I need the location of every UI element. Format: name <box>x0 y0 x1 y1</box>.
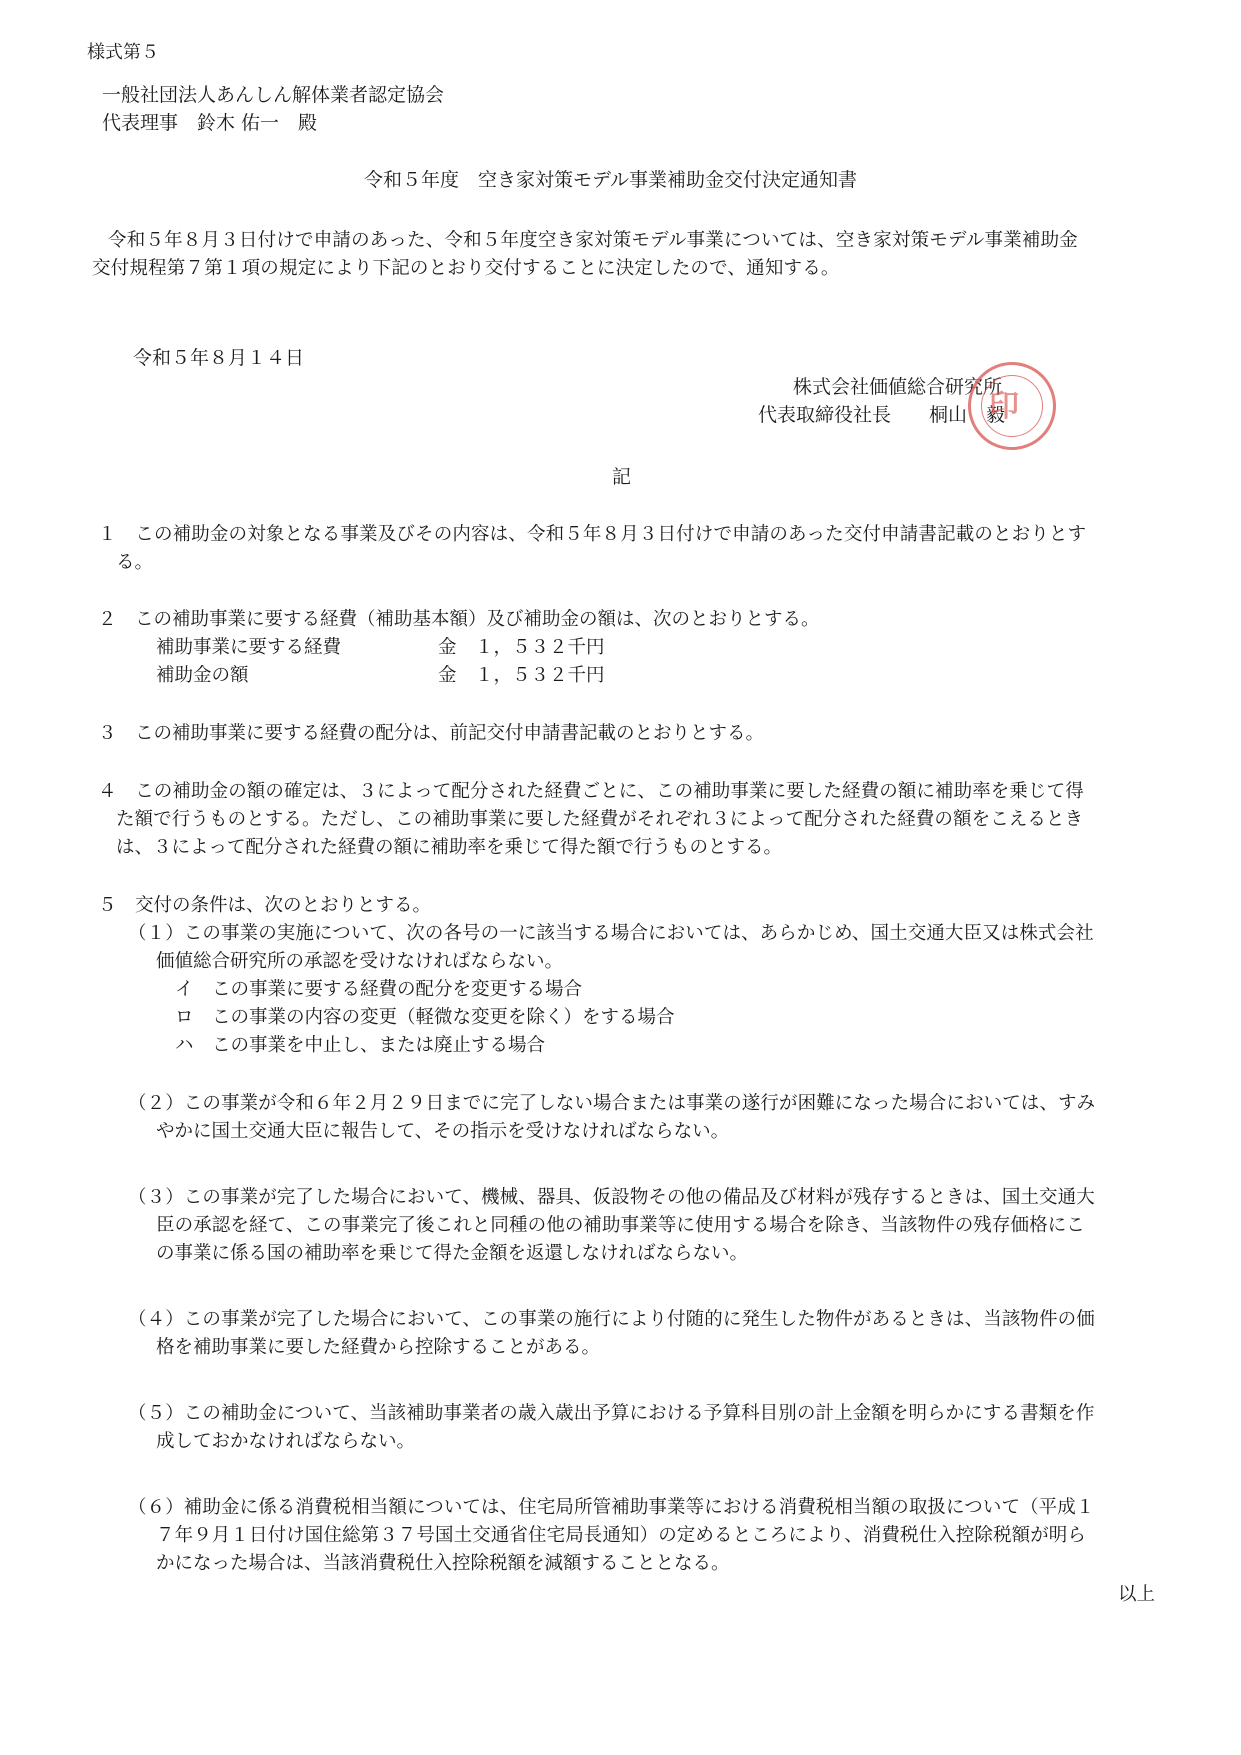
ki-heading: 記 <box>612 462 631 489</box>
condition6-line-2: ７年９月１日付け国住総第３７号国土交通省住宅局長通知）の定めるところにより、消費… <box>156 1521 1086 1547</box>
condition6-line-3: かになった場合は、当該消費税仕入控除税額を減額することとなる。 <box>156 1549 730 1575</box>
item1-line-2: る。 <box>116 548 153 574</box>
condition3-line-1: （３）この事業が完了した場合において、機械、器具、仮設物その他の備品及び材料が残… <box>128 1183 1095 1209</box>
item4-line-3: は、３によって配分された経費の額に補助率を乗じて得た額で行うものとする。 <box>116 833 782 859</box>
recipient-organization: 一般社団法人あんしん解体業者認定協会 <box>102 80 444 107</box>
company-seal-stamp: 印 <box>968 362 1056 450</box>
issue-date: 令和５年８月１４日 <box>133 343 304 370</box>
condition3-line-3: の事業に係る国の補助率を乗じて得た金額を返還しなければならない。 <box>156 1239 748 1265</box>
condition1-sub-ha: ハ この事業を中止し、または廃止する場合 <box>175 1031 545 1057</box>
condition2-line-1: （２）この事業が令和６年２月２９日までに完了しない場合または事業の遂行が困難にな… <box>128 1089 1095 1115</box>
form-number: 様式第５ <box>87 38 159 64</box>
intro-line-1: 令和５年８月３日付けで申請のあった、令和５年度空き家対策モデル事業については、空… <box>108 226 1078 252</box>
recipient-name: 代表理事 鈴木 佑一 殿 <box>102 108 317 135</box>
condition4-line-2: 格を補助事業に要した経費から控除することがある。 <box>156 1333 600 1359</box>
condition5-line-2: 成しておかなければならない。 <box>156 1427 415 1453</box>
condition5-line-1: （５）この補助金について、当該補助事業者の歳入歳出予算における予算科目別の計上金… <box>128 1399 1094 1425</box>
condition1-line-1: （１）この事業の実施について、次の各号の一に該当する場合においては、あらかじめ、… <box>128 919 1094 945</box>
closing-ijou: 以上 <box>1118 1580 1155 1606</box>
item4-line-2: た額で行うものとする。ただし、この補助事業に要した経費がそれぞれ３によって配分さ… <box>116 805 1083 831</box>
condition1-sub-i: イ この事業に要する経費の配分を変更する場合 <box>175 975 582 1001</box>
item3-line-1: ３ この補助事業に要する経費の配分は、前記交付申請書記載のとおりとする。 <box>98 719 764 745</box>
intro-line-2: 交付規程第７第１項の規定により下記のとおり交付することに決定したので、通知する。 <box>92 254 840 280</box>
condition3-line-2: 臣の承認を経て、この事業完了後これと同種の他の補助事業等に使用する場合を除き、当… <box>156 1211 1085 1237</box>
seal-mark: 印 <box>989 381 1019 425</box>
condition1-line-2: 価値総合研究所の承認を受けなければならない。 <box>156 947 563 973</box>
item2-cost-value: 金 １，５３２千円 <box>438 633 605 659</box>
condition1-sub-ro: ロ この事業の内容の変更（軽微な変更を除く）をする場合 <box>175 1003 675 1029</box>
condition2-line-2: やかに国土交通大臣に報告して、その指示を受けなければならない。 <box>156 1117 729 1143</box>
item5-line-1: ５ 交付の条件は、次のとおりとする。 <box>98 891 431 917</box>
document-title: 令和５年度 空き家対策モデル事業補助金交付決定通知書 <box>364 165 857 192</box>
item2-line-1: ２ この補助事業に要する経費（補助基本額）及び補助金の額は、次のとおりとする。 <box>98 605 820 631</box>
item2-grant-value: 金 １，５３２千円 <box>438 661 605 687</box>
condition4-line-1: （４）この事業が完了した場合において、この事業の施行により付随的に発生した物件が… <box>128 1305 1095 1331</box>
item1-line-1: １ この補助金の対象となる事業及びその内容は、令和５年８月３日付けで申請のあった… <box>98 520 1086 546</box>
condition6-line-1: （６）補助金に係る消費税相当額については、住宅局所管補助事業等における消費税相当… <box>128 1493 1094 1519</box>
item2-cost-label: 補助事業に要する経費 <box>156 633 341 659</box>
item4-line-1: ４ この補助金の額の確定は、３によって配分された経費ごとに、この補助事業に要した… <box>98 777 1084 803</box>
item2-grant-label: 補助金の額 <box>156 661 249 687</box>
